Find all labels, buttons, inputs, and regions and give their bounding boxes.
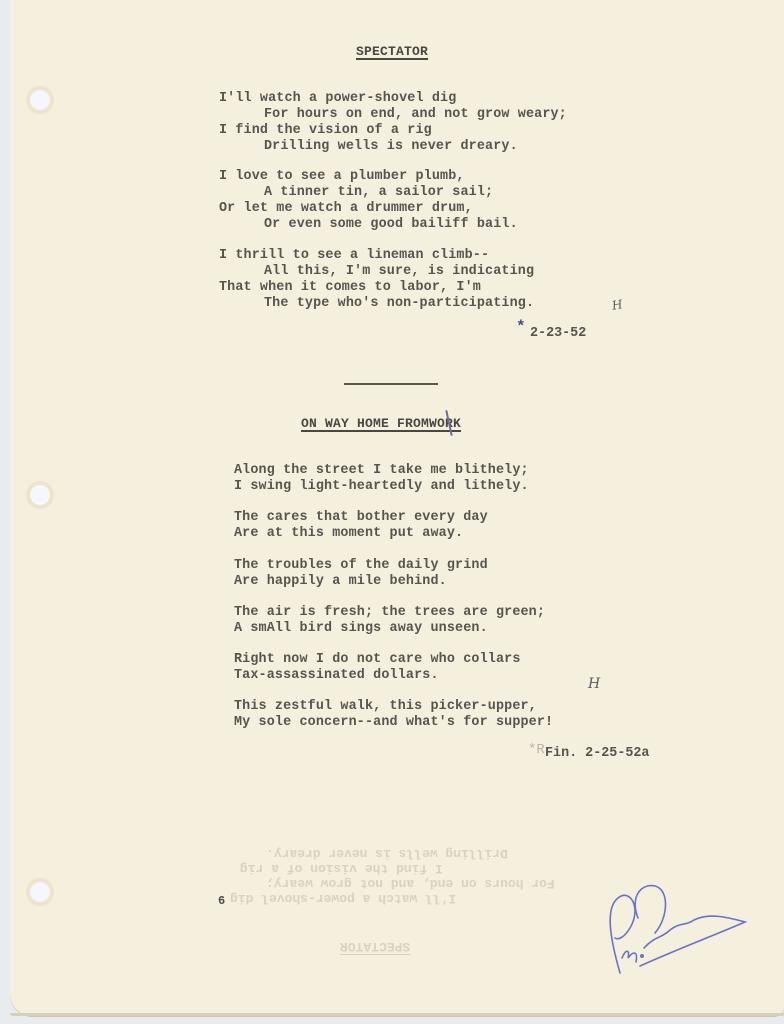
poem-line: Along the street I take me blithely;: [234, 463, 529, 478]
poem-date: Fin. 2-25-52a: [545, 746, 649, 761]
poem-line: Right now I do not care who collars: [234, 652, 521, 667]
handwritten-initial-mark: H: [588, 676, 600, 692]
poem-line: I swing light-heartedly and lithely.: [234, 479, 529, 494]
poem-line: I thrill to see a lineman climb--: [219, 248, 489, 263]
punch-hole-bottom: [30, 882, 50, 902]
poem-line: I love to see a plumber plumb,: [219, 169, 465, 184]
poem-line: The air is fresh; the trees are green;: [234, 605, 545, 620]
poem-line: The cares that bother every day: [234, 510, 488, 525]
poem-line: Are at this moment put away.: [234, 526, 463, 541]
poem-line: The type who's non-participating.: [264, 296, 534, 311]
punch-hole-middle: [30, 485, 50, 505]
handwritten-initial-mark: H: [611, 297, 624, 313]
bleed-through-line: Drilling wells is never dreary.: [266, 846, 508, 861]
poem-line: The troubles of the daily grind: [234, 558, 488, 573]
poem-title-spectator: SPECTATOR: [356, 44, 428, 59]
poem-line: Drilling wells is never dreary.: [264, 139, 518, 154]
poem-line: That when it comes to labor, I'm: [219, 280, 481, 295]
poem-line: A smAll bird sings away unseen.: [234, 621, 488, 636]
poem-line: Or let me watch a drummer drum,: [219, 201, 473, 216]
poem-line: Are happily a mile behind.: [234, 574, 447, 589]
pencil-mark: *R: [528, 742, 545, 758]
bleed-through-line: I find the vision of a rig: [240, 861, 443, 876]
poem-line: A tinner tin, a sailor sail;: [264, 185, 493, 200]
poem-line: For hours on end, and not grow weary;: [264, 107, 567, 122]
handwritten-signature: [600, 878, 760, 978]
poem-date: 2-23-52: [530, 326, 586, 341]
poem-line: All this, I'm sure, is indicating: [264, 264, 534, 279]
bleed-through-line: I'll watch a power-shovel dig: [230, 891, 456, 906]
poem-title-on-way-home: ON WAY HOME FROMWORK: [301, 416, 461, 431]
poem-line: This zestful walk, this picker-upper,: [234, 699, 537, 714]
poem-line: I find the vision of a rig: [219, 123, 432, 138]
asterisk-pen-mark: *: [516, 318, 526, 336]
poem-line: Or even some good bailiff bail.: [264, 217, 518, 232]
section-divider: [344, 383, 438, 385]
bleed-through-line: For hours on end, and not grow weary;: [266, 876, 555, 891]
poem-line: I'll watch a power-shovel dig: [219, 91, 456, 106]
punch-hole-top: [30, 90, 50, 110]
bleed-through-title: SPECTATOR: [340, 939, 410, 954]
poem-line: My sole concern--and what's for supper!: [234, 715, 553, 730]
page-number: 6: [218, 894, 225, 908]
poem-line: Tax-assassinated dollars.: [234, 668, 439, 683]
